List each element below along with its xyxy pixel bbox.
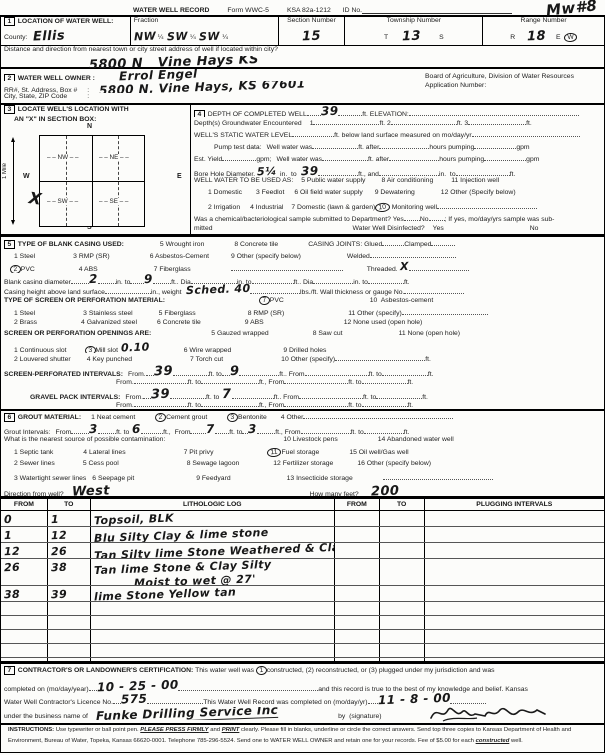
table-row: 112Blu Silty Clay & lime stone: [1, 527, 604, 543]
header-to-2: TO: [380, 499, 425, 510]
plug-from-cell: [335, 543, 380, 558]
spacer: [297, 175, 301, 176]
handwritten-value: 5800 N. Vine Hays, KS 67601: [99, 81, 306, 93]
plugging-interval-cell: [425, 602, 604, 615]
dotted-blank: [98, 276, 116, 284]
printed-text: ¼: [188, 34, 199, 41]
use-line-1: WELL WATER TO BE USED AS:5 Public water …: [191, 177, 604, 189]
dotted-blank: [201, 399, 259, 407]
spacer: [77, 91, 87, 92]
plug-from-cell: [335, 527, 380, 542]
dotted-blank: [134, 399, 188, 407]
printed-text-bold: AN "X" IN SECTION BOX:: [14, 116, 96, 123]
printed-text: Fraction: [134, 17, 159, 24]
spacer: [333, 464, 357, 465]
spacer: [89, 91, 99, 92]
handwritten-value: 39: [151, 388, 170, 400]
static-level-line: WELL'S STATIC WATER LEVELft. below land …: [191, 129, 604, 141]
signature-scribble: [429, 702, 549, 724]
dotted-blank: [232, 391, 274, 399]
dotted-blank: [257, 426, 275, 434]
township-field: T13S: [345, 28, 482, 45]
handwritten-value: 6: [132, 423, 141, 435]
section-grout: 6GROUT MATERIAL:1 Neat cement2Cement gro…: [0, 410, 605, 497]
county-field: County:Ellis: [1, 28, 130, 45]
handwritten-value: Funke Drilling Service Inc: [96, 707, 279, 721]
printed-text-bold: WATER WELL RECORD: [133, 7, 209, 14]
plugging-interval-cell: [425, 616, 604, 629]
spacer: [359, 495, 371, 496]
locate-title-2: AN "X" IN SECTION BOX:: [1, 116, 190, 127]
spacer: [110, 257, 150, 258]
board-label: Board of Agriculture, Division of Water …: [421, 72, 604, 81]
spacer: [133, 314, 159, 315]
circled-option-number: 3: [227, 413, 239, 423]
table-row: [1, 616, 604, 630]
lith-log-cell: lime Stone Yellow tan: [91, 586, 335, 601]
locate-title-1: 3LOCATE WELL'S LOCATION WITH: [1, 105, 190, 116]
spacer: [353, 479, 383, 480]
handwritten-value: 7: [222, 388, 232, 400]
plug-to-cell: [380, 511, 425, 526]
printed-text: 8 RMP (SR): [248, 310, 285, 317]
spacer: [278, 245, 308, 246]
printed-text-bold: LOCATION OF WATER WELL:: [18, 18, 114, 25]
plugging-interval-cell: [425, 527, 604, 542]
plug-to-cell: [380, 630, 425, 643]
section-number-field: 15: [279, 28, 345, 45]
spacer: [239, 464, 273, 465]
lith-log-cell: Blu Silty Clay & lime stone: [91, 527, 335, 542]
table-row: [1, 644, 604, 658]
spacer: [53, 453, 83, 454]
printed-text: ft.: [422, 394, 428, 400]
compass-e: E: [177, 173, 182, 180]
spacer: [515, 37, 527, 38]
casing-height-line: Casing height above land surfacein., wei…: [1, 284, 604, 296]
one-mile-scale: 1 Mile: [9, 137, 17, 225]
spacer: [137, 323, 157, 324]
printed-text: ft. to: [188, 379, 201, 386]
printed-text: City, State, ZIP Code: [4, 93, 67, 100]
printed-text: 12 Fertilizer storage: [273, 460, 333, 467]
printed-text: 2 Brass: [14, 319, 37, 326]
printed-text: 7 Pit privy: [184, 449, 214, 456]
handwritten-value: 200: [370, 485, 399, 497]
printed-text-bold: GRAVEL PACK INTERVALS:: [30, 394, 120, 400]
printed-text: 9 Other (specify below): [231, 253, 301, 260]
spacer: [4, 257, 14, 258]
printed-text: ft.: [408, 402, 414, 409]
sample-line: Was a chemical/bacteriological sample su…: [191, 213, 604, 225]
printed-text: 1 Continuous slot: [14, 347, 67, 354]
quadrant-se: SE: [98, 198, 129, 205]
lith-from-cell: 26: [1, 559, 48, 585]
printed-text: and: [209, 727, 222, 733]
spacer: [209, 13, 227, 14]
printed-text: ft.: [428, 371, 434, 377]
spacer: [88, 717, 96, 718]
table-row: 01Topsoil, BLK: [1, 511, 604, 527]
casing-line-1: 5TYPE OF BLANK CASING USED:5 Wrought iro…: [1, 238, 604, 250]
form-header-line: WATER WELL RECORDForm WWC-5KSA 82a-1212I…: [0, 0, 605, 14]
printed-text: CASING JOINTS: Glued: [308, 241, 382, 248]
printed-text: 5 Public water supply: [301, 177, 365, 184]
handwritten-value: 7: [206, 423, 215, 435]
printed-underlined: PRINT: [222, 727, 240, 733]
printed-text: ID No.: [343, 7, 362, 14]
spacer: [151, 334, 211, 335]
casing-line-2: 1 Steel3 RMP (SR)6 Asbestos-Cement9 Othe…: [1, 250, 604, 262]
printed-text: ¼: [220, 34, 228, 41]
printed-underlined: PLEASE PRESS FIRMLY: [140, 727, 208, 733]
printed-text: No: [530, 225, 539, 232]
printed-text: 5 Wrought iron: [160, 241, 204, 248]
dotted-blank: [474, 141, 516, 149]
dotted-blank: [313, 276, 353, 284]
handwritten-value: 5800 N Vine Hays KS: [89, 56, 259, 68]
dotted-blank: [382, 238, 404, 246]
lith-to-cell: 26: [48, 543, 91, 558]
spacer: [363, 193, 375, 194]
handwritten-value: 39: [153, 365, 172, 377]
printed-text: 5 Cess pool: [83, 460, 119, 467]
dotted-blank: [468, 117, 526, 125]
circled-option-number: 3: [84, 345, 96, 353]
spacer: [119, 464, 187, 465]
spacer: [4, 66, 89, 67]
spacer: [388, 37, 402, 38]
printed-text: DEPTH OF COMPLETED WELL: [208, 111, 307, 117]
dotted-blank: [170, 391, 206, 399]
plug-from-cell: [335, 559, 380, 585]
spacer: [546, 37, 556, 38]
dotted-blank: [379, 168, 439, 176]
header-to-1: TO: [48, 499, 91, 510]
handwritten-value: Topsoil, BLK: [94, 512, 174, 526]
printed-text: 2 Louvered shutter: [14, 356, 71, 363]
handwritten-value: X: [399, 261, 408, 273]
spacer: [425, 229, 433, 230]
printed-text: This water well was: [193, 667, 256, 674]
spacer: [37, 323, 81, 324]
dotted-blank: [338, 108, 362, 116]
spacer: [110, 495, 310, 496]
printed-text: ft.: [408, 379, 414, 386]
spacer: [132, 360, 190, 361]
dotted-blank: [431, 238, 455, 246]
spacer: [4, 120, 14, 121]
handwritten-value: 26: [4, 561, 21, 575]
dotted-blank: [147, 696, 203, 704]
printed-text: hours pumping: [429, 144, 474, 151]
lith-to-cell: 38: [48, 559, 91, 585]
dotted-blank: [173, 368, 209, 376]
casing-line-3: 2PVC4 ABS7 FiberglassThreaded.X: [1, 261, 604, 273]
circled-option-number: 2: [155, 413, 167, 423]
plug-to-cell: [380, 586, 425, 601]
dotted-blank: [303, 411, 453, 419]
printed-text: Clamped: [404, 241, 431, 248]
dotted-blank: [402, 307, 488, 315]
direction-distance-line: Direction from well?WestHow many feet?20…: [1, 485, 604, 497]
printed-text: 6 Concrete tile: [157, 319, 201, 326]
printed-text: ft.: [526, 120, 532, 127]
handwritten-value: 38: [4, 588, 21, 601]
handwritten-value: 15: [302, 29, 321, 45]
dotted-blank: [318, 168, 358, 176]
dotted-blank: [364, 426, 404, 434]
quadrant-nw: NW: [46, 154, 80, 161]
handwritten-value: 13: [402, 29, 421, 45]
printed-text: Township Number: [387, 17, 441, 24]
dotted-blank: [190, 426, 206, 434]
printed-text: 2 Irrigation: [208, 204, 240, 211]
spacer: [4, 351, 14, 352]
section-certification: 7CONTRACTOR'S OR LANDOWNER'S CERTIFICATI…: [0, 662, 605, 724]
printed-text: ft. after: [368, 156, 389, 163]
spacer: [4, 323, 14, 324]
dotted-blank: [307, 108, 321, 116]
dotted-blank: [130, 276, 144, 284]
handwritten-value: Sched. 40: [185, 284, 250, 296]
dotted-blank: [231, 263, 343, 271]
printed-text: 4 Lateral lines: [83, 449, 125, 456]
printed-text: 4 Industrial: [250, 204, 283, 211]
printed-text: ft. 3: [457, 120, 468, 127]
pump-test-line: Pump test data:Well water wasft. afterho…: [191, 141, 604, 153]
plug-to-cell: [380, 559, 425, 585]
printed-text: 11 None (open hole): [399, 330, 460, 337]
spacer: [35, 270, 79, 271]
printed-text: ft.: [510, 171, 516, 177]
spacer: [194, 193, 208, 194]
printed-text: 8 Air conditioning: [381, 177, 433, 184]
spacer: [338, 440, 378, 441]
casing-diameter-line: Blank casing diameter2in. to9ft., Diain.…: [1, 273, 604, 285]
printed-text: ft. to: [348, 402, 361, 409]
spacer: [81, 418, 91, 419]
range-column: Range Number R18EW: [483, 17, 604, 45]
lith-log-cell: [91, 602, 335, 615]
township-label: Township Number: [345, 17, 482, 28]
table-body: 01Topsoil, BLK112Blu Silty Clay & lime s…: [1, 511, 604, 672]
printed-text: ft. to: [351, 429, 364, 435]
spacer: [98, 270, 154, 271]
printed-text: hours pumping: [439, 156, 484, 163]
dotted-blank: [383, 472, 493, 480]
printed-text: Cement grout: [166, 414, 207, 421]
handwritten-value: 1: [4, 529, 13, 542]
printed-text: ft., From: [259, 402, 284, 409]
compass-w: W: [23, 173, 30, 180]
circled-option-number: 1: [256, 666, 268, 675]
printed-text: lbs./ft. Wall thickness or gauge No.: [300, 289, 404, 296]
dotted-blank: [368, 276, 404, 284]
table-row: 1226Tan Silty lime Stone Weathered & Cla…: [1, 543, 604, 559]
printed-text: mitted: [194, 225, 213, 232]
lith-log-cell: [91, 644, 335, 657]
plug-from-cell: [335, 511, 380, 526]
printed-text: 9 Feedyard: [196, 475, 230, 482]
printed-text: Yes: [433, 225, 444, 232]
spacer: [278, 717, 338, 718]
spacer: [204, 245, 234, 246]
plug-from-cell: [335, 616, 380, 629]
printed-text-bold: INSTRUCTIONS:: [8, 727, 54, 733]
handwritten-value: 2: [89, 273, 98, 285]
handwritten-value: 5¼: [257, 165, 277, 177]
section-number-box: 6: [4, 413, 15, 422]
printed-text: ; If yes, mo/day/yrs sample was sub-: [445, 216, 555, 223]
printed-text: 13 Insecticide storage: [287, 475, 353, 482]
spacer: [165, 440, 283, 441]
spacer: [95, 79, 119, 80]
printed-text: 4 Key punched: [87, 356, 132, 363]
plug-to-cell: [380, 543, 425, 558]
printed-text: 7 Domestic (lawn & garden): [291, 204, 375, 211]
mile-label: 1 Mile: [2, 163, 8, 179]
printed-text: County:: [4, 34, 27, 41]
plug-from-cell: [335, 644, 380, 657]
printed-text: Threaded.: [367, 266, 398, 273]
dotted-blank: [141, 426, 163, 434]
mile-line: [13, 142, 14, 220]
dotted-blank: [134, 376, 188, 384]
grout-material-line: 6GROUT MATERIAL:1 Neat cement2Cement gro…: [1, 411, 604, 423]
spacer: [182, 293, 186, 294]
township-column: Township Number T13S: [345, 17, 483, 45]
printed-text: ft. 2: [379, 120, 390, 127]
dotted-blank: [391, 117, 457, 125]
spacer: [3, 13, 133, 14]
table-row: [1, 602, 604, 616]
printed-text: in. to: [353, 279, 368, 285]
plugging-interval-cell: [425, 543, 604, 558]
dotted-blank: [71, 426, 89, 434]
groundwater-line: Depth(s) Groundwater Encountered1ft. 2ft…: [191, 117, 604, 129]
handwritten-value: 0.10: [121, 342, 150, 354]
spacer: [67, 351, 85, 352]
printed-text: 5 Gauzed wrapped: [211, 330, 268, 337]
printed-text: Casing height above land surface: [4, 289, 105, 296]
printed-text: gpm: [516, 144, 529, 151]
spacer: [150, 351, 184, 352]
printed-text: ft.: [404, 279, 410, 285]
handwritten-x-mark: X: [28, 188, 43, 209]
printed-text: Distance and direction from nearest town…: [4, 46, 278, 53]
printed-text: 6 Seepage pit: [92, 475, 134, 482]
printed-text: WELL'S STATIC WATER LEVEL: [194, 132, 292, 139]
handwritten-value: 39: [51, 588, 68, 601]
spacer: [231, 351, 283, 352]
printed-text: Was a chemical/bacteriological sample su…: [194, 216, 404, 223]
printed-text: 15 Oil well/Gas well: [349, 449, 408, 456]
dotted-blank: [404, 286, 464, 294]
printed-text: Environment, Bureau of Water, Topeka, Ka…: [8, 738, 476, 744]
spacer: [35, 314, 83, 315]
spacer: [4, 464, 14, 465]
spacer: [269, 334, 313, 335]
spacer: [283, 208, 291, 209]
plug-to-cell: [380, 527, 425, 542]
printed-text-bold: SCREEN-PERFORATED INTERVALS:: [4, 371, 123, 377]
printed-text: KSA 82a-1212: [287, 7, 331, 14]
printed-text-bold: SCREEN OR PERFORATION OPENINGS ARE:: [4, 330, 151, 337]
dotted-blank: [178, 683, 318, 691]
application-number-label: Application Number:: [421, 81, 604, 90]
screen-openings-line-1: SCREEN OR PERFORATION OPENINGS ARE:5 Gau…: [1, 330, 604, 342]
lith-to-cell: 12: [48, 527, 91, 542]
location-title: 1LOCATION OF WATER WELL:: [1, 17, 130, 28]
lith-from-cell: 12: [1, 543, 48, 558]
printed-text: From: [175, 429, 191, 435]
spacer: [302, 124, 310, 125]
section-box-diagram: 3LOCATE WELL'S LOCATION WITH AN "X" IN S…: [1, 105, 191, 234]
printed-text: :: [87, 93, 89, 100]
quadrant-sw: SW: [46, 198, 79, 205]
spacer: [4, 406, 116, 407]
dotted-blank: [404, 213, 420, 221]
spacer: [207, 418, 227, 419]
spacer: [4, 453, 14, 454]
owner-left: 2WATER WELL OWNER :Errol Engel RR#, St. …: [1, 69, 421, 103]
dotted-blank: [105, 286, 151, 294]
printed-text: 3 RMP (SR): [73, 253, 110, 260]
spacer: [71, 360, 87, 361]
spacer: [4, 398, 30, 399]
instructions-footer: INSTRUCTIONS: Use typewriter or ball poi…: [0, 724, 605, 753]
lith-from-cell: [1, 644, 48, 657]
header-from-2: FROM: [335, 499, 380, 510]
printed-text: 2 Sewer lines: [14, 460, 55, 467]
instructions-line-1: INSTRUCTIONS: Use typewriter or ball poi…: [5, 727, 600, 738]
plug-to-cell: [380, 616, 425, 629]
plugging-interval-cell: [425, 644, 604, 657]
handwritten-value: 12: [4, 545, 21, 558]
dotted-blank: [437, 201, 537, 209]
lith-from-cell: 1: [1, 527, 48, 542]
printed-text: 6 Asbestos-Cement: [150, 253, 209, 260]
printed-text: 12 Other (Specify below): [441, 189, 516, 196]
spacer: [126, 453, 184, 454]
dotted-blank: [222, 368, 230, 376]
grout-intervals-line: Grout Intervals:From3ft. to6ft.,From7ft.…: [1, 423, 604, 435]
printed-text: 9 Drilled holes: [283, 347, 326, 354]
owner-address-line: RR#, St. Address, Box #:5800 N. Vine Hay…: [1, 81, 421, 93]
screen-material-line-3: 2 Brass4 Galvanized steel6 Concrete tile…: [1, 319, 604, 331]
dotted-blank: [370, 250, 456, 258]
spacer: [343, 334, 399, 335]
printed-text: Water Well Disinfected?: [353, 225, 425, 232]
section-number-box: 1: [4, 17, 15, 26]
dotted-blank: [362, 399, 408, 407]
printed-text: 10 Other (specify): [281, 356, 335, 363]
printed-text: gpm;: [256, 156, 271, 163]
printed-text: PVC: [21, 266, 35, 273]
circled-option-number: W: [563, 32, 577, 42]
instructions-line-2: Environment, Bureau of Water, Topeka, Ka…: [5, 738, 600, 749]
printed-text: 7 Torch cut: [190, 356, 223, 363]
use-line-3: 2 Irrigation4 Industrial7 Domestic (lawn…: [191, 201, 604, 213]
printed-text: 8 Saw cut: [313, 330, 343, 337]
lith-log-cell: Tan Silty lime Stone Weathered & Clay: [91, 543, 335, 558]
spacer: [331, 13, 343, 14]
section-number-box: 7: [4, 666, 15, 675]
dotted-blank: [313, 117, 379, 125]
water-well-record-form: WATER WELL RECORDForm WWC-5KSA 82a-1212I…: [0, 0, 605, 755]
dotted-blank: [301, 426, 351, 434]
